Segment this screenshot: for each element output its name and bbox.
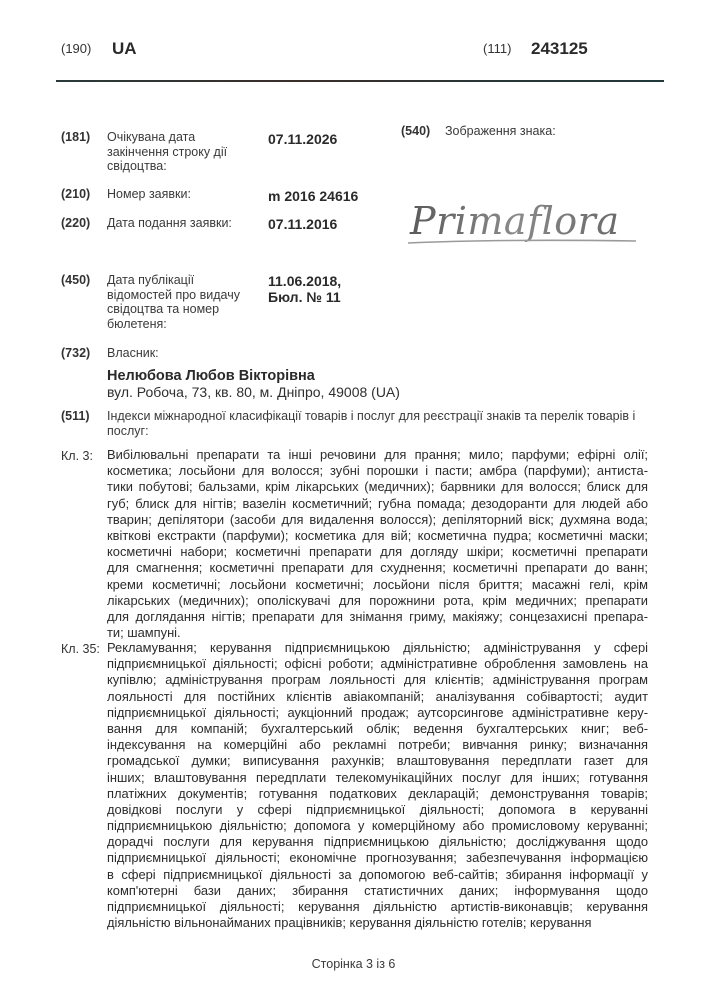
application-number-label: Номер заявки:	[107, 187, 191, 202]
class-text-line: платіжних документів; готування податков…	[107, 786, 648, 802]
class-text-line: комп'ютерні бази даних; збирання статист…	[107, 883, 648, 899]
class-text-line: ти; шампуні.	[107, 625, 648, 641]
class-text-line: лояльності для постійних клієнтів авіако…	[107, 689, 648, 705]
class-text-line: губ; блиск для нігтів; вазелін косметичн…	[107, 496, 648, 512]
publication-code: (450)	[61, 273, 90, 287]
class-35-label: Кл. 35:	[61, 642, 100, 656]
mark-image-code: (540)	[401, 124, 430, 138]
registration-code-label: (111)	[483, 41, 511, 56]
country-code-label: (190)	[61, 41, 91, 56]
page-number: Сторінка 3 із 6	[0, 957, 707, 971]
mark-image-label: Зображення знака:	[445, 124, 556, 139]
class-text-line: підприємницької діяльності; керування ді…	[107, 899, 648, 915]
expiry-code: (181)	[61, 130, 90, 144]
class-text-line: для смагнення; косметичні препарати для …	[107, 560, 648, 576]
country-code-value: UA	[112, 39, 137, 59]
class-text-line: діяльністю вільнонайманих працівників; к…	[107, 915, 648, 931]
class-text-line: купівлю; адміністрування програм лояльно…	[107, 672, 648, 688]
class-text-line: лікарських (медичних); ополіскувачі для …	[107, 593, 648, 609]
class-text-line: Вибілювальні препарати та інші речовини …	[107, 447, 648, 463]
classification-code: (511)	[61, 409, 90, 423]
registration-number: 243125	[531, 39, 588, 59]
filing-date-value: 07.11.2016	[268, 216, 337, 232]
class-text-line: підприємницької діяльності; аукціонний п…	[107, 705, 648, 721]
class-text-line: тики побутові; бальзами, крім лікарських…	[107, 479, 648, 495]
class-3-goods-list: Вибілювальні препарати та інші речовини …	[107, 447, 648, 641]
class-text-line: тварин; депілятори (засоби для видалення…	[107, 512, 648, 528]
owner-address: вул. Робоча, 73, кв. 80, м. Дніпро, 4900…	[107, 384, 400, 400]
class-35-services-list: Рекламування; керування підприємницькою …	[107, 640, 648, 931]
class-text-line: довідкові послуги у сфері підприємницько…	[107, 802, 648, 818]
class-text-line: в сфері підприємницької діяльності за до…	[107, 867, 648, 883]
owner-name: Нелюбова Любов Вікторівна	[107, 368, 315, 384]
class-text-line: інших; влаштовування передплати телекому…	[107, 770, 648, 786]
expiry-label: Очікувана дата закінчення строку дії сві…	[107, 130, 227, 174]
class-text-line: підприємницькою діяльністю; допомога у к…	[107, 818, 648, 834]
class-text-line: індексування на комерційні або рекламні …	[107, 737, 648, 753]
application-number-value: m 2016 24616	[268, 188, 358, 204]
owner-code: (732)	[61, 346, 90, 360]
expiry-value: 07.11.2026	[268, 131, 337, 147]
trademark-logo: Primaflora	[406, 196, 638, 256]
class-text-line: громадської думки; виписування рахунків;…	[107, 753, 648, 769]
application-number-code: (210)	[61, 187, 90, 201]
svg-text:Primaflora: Primaflora	[409, 199, 620, 243]
class-text-line: підприємницької діяльності; офісні робот…	[107, 656, 648, 672]
header-divider	[56, 80, 664, 82]
owner-label: Власник:	[107, 346, 159, 361]
class-text-line: дорадчі послуги для керування підприємни…	[107, 834, 648, 850]
filing-date-code: (220)	[61, 216, 90, 230]
class-text-line: косметичні набори; косметичні препарати …	[107, 544, 648, 560]
class-text-line: підприємницької діяльності; економічне п…	[107, 850, 648, 866]
class-text-line: креми косметичні; лосьйони косметичні; л…	[107, 577, 648, 593]
publication-label: Дата публікації відомостей про видачу св…	[107, 273, 240, 331]
class-text-line: Рекламування; керування підприємницькою …	[107, 640, 648, 656]
publication-value: 11.06.2018, Бюл. № 11	[268, 273, 341, 305]
class-3-label: Кл. 3:	[61, 449, 93, 463]
class-text-line: для доглядання нігтів; препарати для зні…	[107, 609, 648, 625]
class-text-line: вання для компаній; бухгалтерський облік…	[107, 721, 648, 737]
classification-label: Індекси міжнародної класифікації товарів…	[107, 409, 635, 438]
class-text-line: квіткові екстракти (парфуми); косметика …	[107, 528, 648, 544]
class-text-line: косметика; лосьйони для волосся; зубні п…	[107, 463, 648, 479]
filing-date-label: Дата подання заявки:	[107, 216, 232, 231]
